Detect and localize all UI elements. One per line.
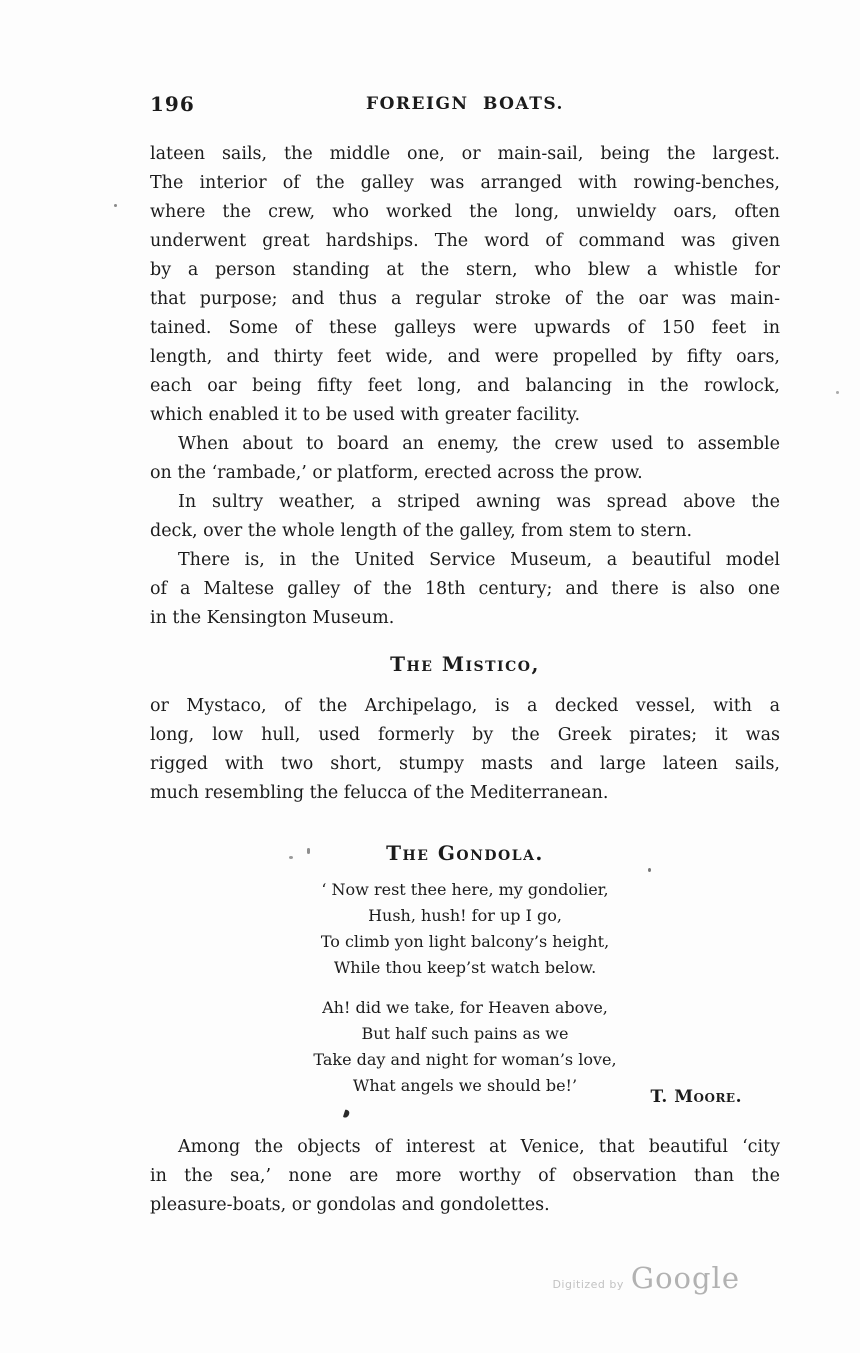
poem-line: Hush, hush! for up I go, [150,903,780,929]
page-header: 196 FOREIGN BOATS. [150,92,780,122]
heading-mistico: The Mistico, [150,650,780,679]
paragraph: Among the objects of interest at Venice,… [150,1133,780,1220]
text-line: When about to board an enemy, the crew u… [150,430,780,459]
paragraph: lateen sails, the middle one, or main-sa… [150,140,780,430]
paragraph: In sultry weather, a striped awning was … [150,488,780,546]
scan-speckle [836,391,839,394]
text-line: in the Kensington Museum. [150,604,780,633]
text-line: that purpose; and thus a regular stroke … [150,285,780,314]
text-line: or Mystaco, of the Archipelago, is a dec… [150,692,780,721]
text-line: where the crew, who worked the long, unw… [150,198,780,227]
poem-line: Take day and night for woman’s love, [150,1047,780,1073]
poem-line: ‘ Now rest thee here, my gondolier, [150,877,780,903]
mistico-paragraphs: or Mystaco, of the Archipelago, is a dec… [150,692,780,808]
poem-stanza: Ah! did we take, for Heaven above,But ha… [150,995,780,1099]
text-line: lateen sails, the middle one, or main-sa… [150,140,780,169]
text-line: much resembling the felucca of the Medit… [150,779,780,808]
scan-speckle [307,848,310,854]
text-line: of a Maltese galley of the 18th century;… [150,575,780,604]
scan-speckle [114,204,117,207]
text-line: tained. Some of these galleys were upwar… [150,314,780,343]
galley-paragraphs: lateen sails, the middle one, or main-sa… [150,140,780,633]
scan-speckle [648,868,651,872]
heading-gondola: The Gondola. [150,839,780,868]
text-line: deck, over the whole length of the galle… [150,517,780,546]
text-line: in the sea,’ none are more worthy of obs… [150,1162,780,1191]
page-body: lateen sails, the middle one, or main-sa… [150,140,780,1220]
text-line: which enabled it to be used with greater… [150,401,780,430]
poem-line: Ah! did we take, for Heaven above, [150,995,780,1021]
running-header: FOREIGN BOATS. [150,94,780,114]
scan-speckle [289,856,293,859]
paragraph: There is, in the United Service Museum, … [150,546,780,633]
paragraph: When about to board an enemy, the crew u… [150,430,780,488]
watermark-prefix-label: Digitized by [552,1278,623,1291]
poem-line: While thou keep’st watch below. [150,955,780,981]
text-line: The interior of the galley was arranged … [150,169,780,198]
text-line: In sultry weather, a striped awning was … [150,488,780,517]
digitized-watermark: Digitized by Google [552,1261,740,1295]
text-line: There is, in the United Service Museum, … [150,546,780,575]
text-line: rigged with two short, stumpy masts and … [150,750,780,779]
gondola-poem: ‘ Now rest thee here, my gondolier,Hush,… [150,877,780,1099]
text-line: by a person standing at the stern, who b… [150,256,780,285]
poem-stanza: ‘ Now rest thee here, my gondolier,Hush,… [150,877,780,981]
text-line: length, and thirty feet wide, and were p… [150,343,780,372]
text-line: each oar being fifty feet long, and bala… [150,372,780,401]
text-line: underwent great hardships. The word of c… [150,227,780,256]
poem-line: To climb yon light balcony’s height, [150,929,780,955]
text-line: on the ‘rambade,’ or platform, erected a… [150,459,780,488]
text-line: Among the objects of interest at Venice,… [150,1133,780,1162]
closing-paragraphs: Among the objects of interest at Venice,… [150,1133,780,1220]
text-line: pleasure-boats, or gondolas and gondolet… [150,1191,780,1220]
poem-line: But half such pains as we [150,1021,780,1047]
google-logo: Google [631,1261,740,1295]
text-line: long, low hull, used formerly by the Gre… [150,721,780,750]
paragraph: or Mystaco, of the Archipelago, is a dec… [150,692,780,808]
